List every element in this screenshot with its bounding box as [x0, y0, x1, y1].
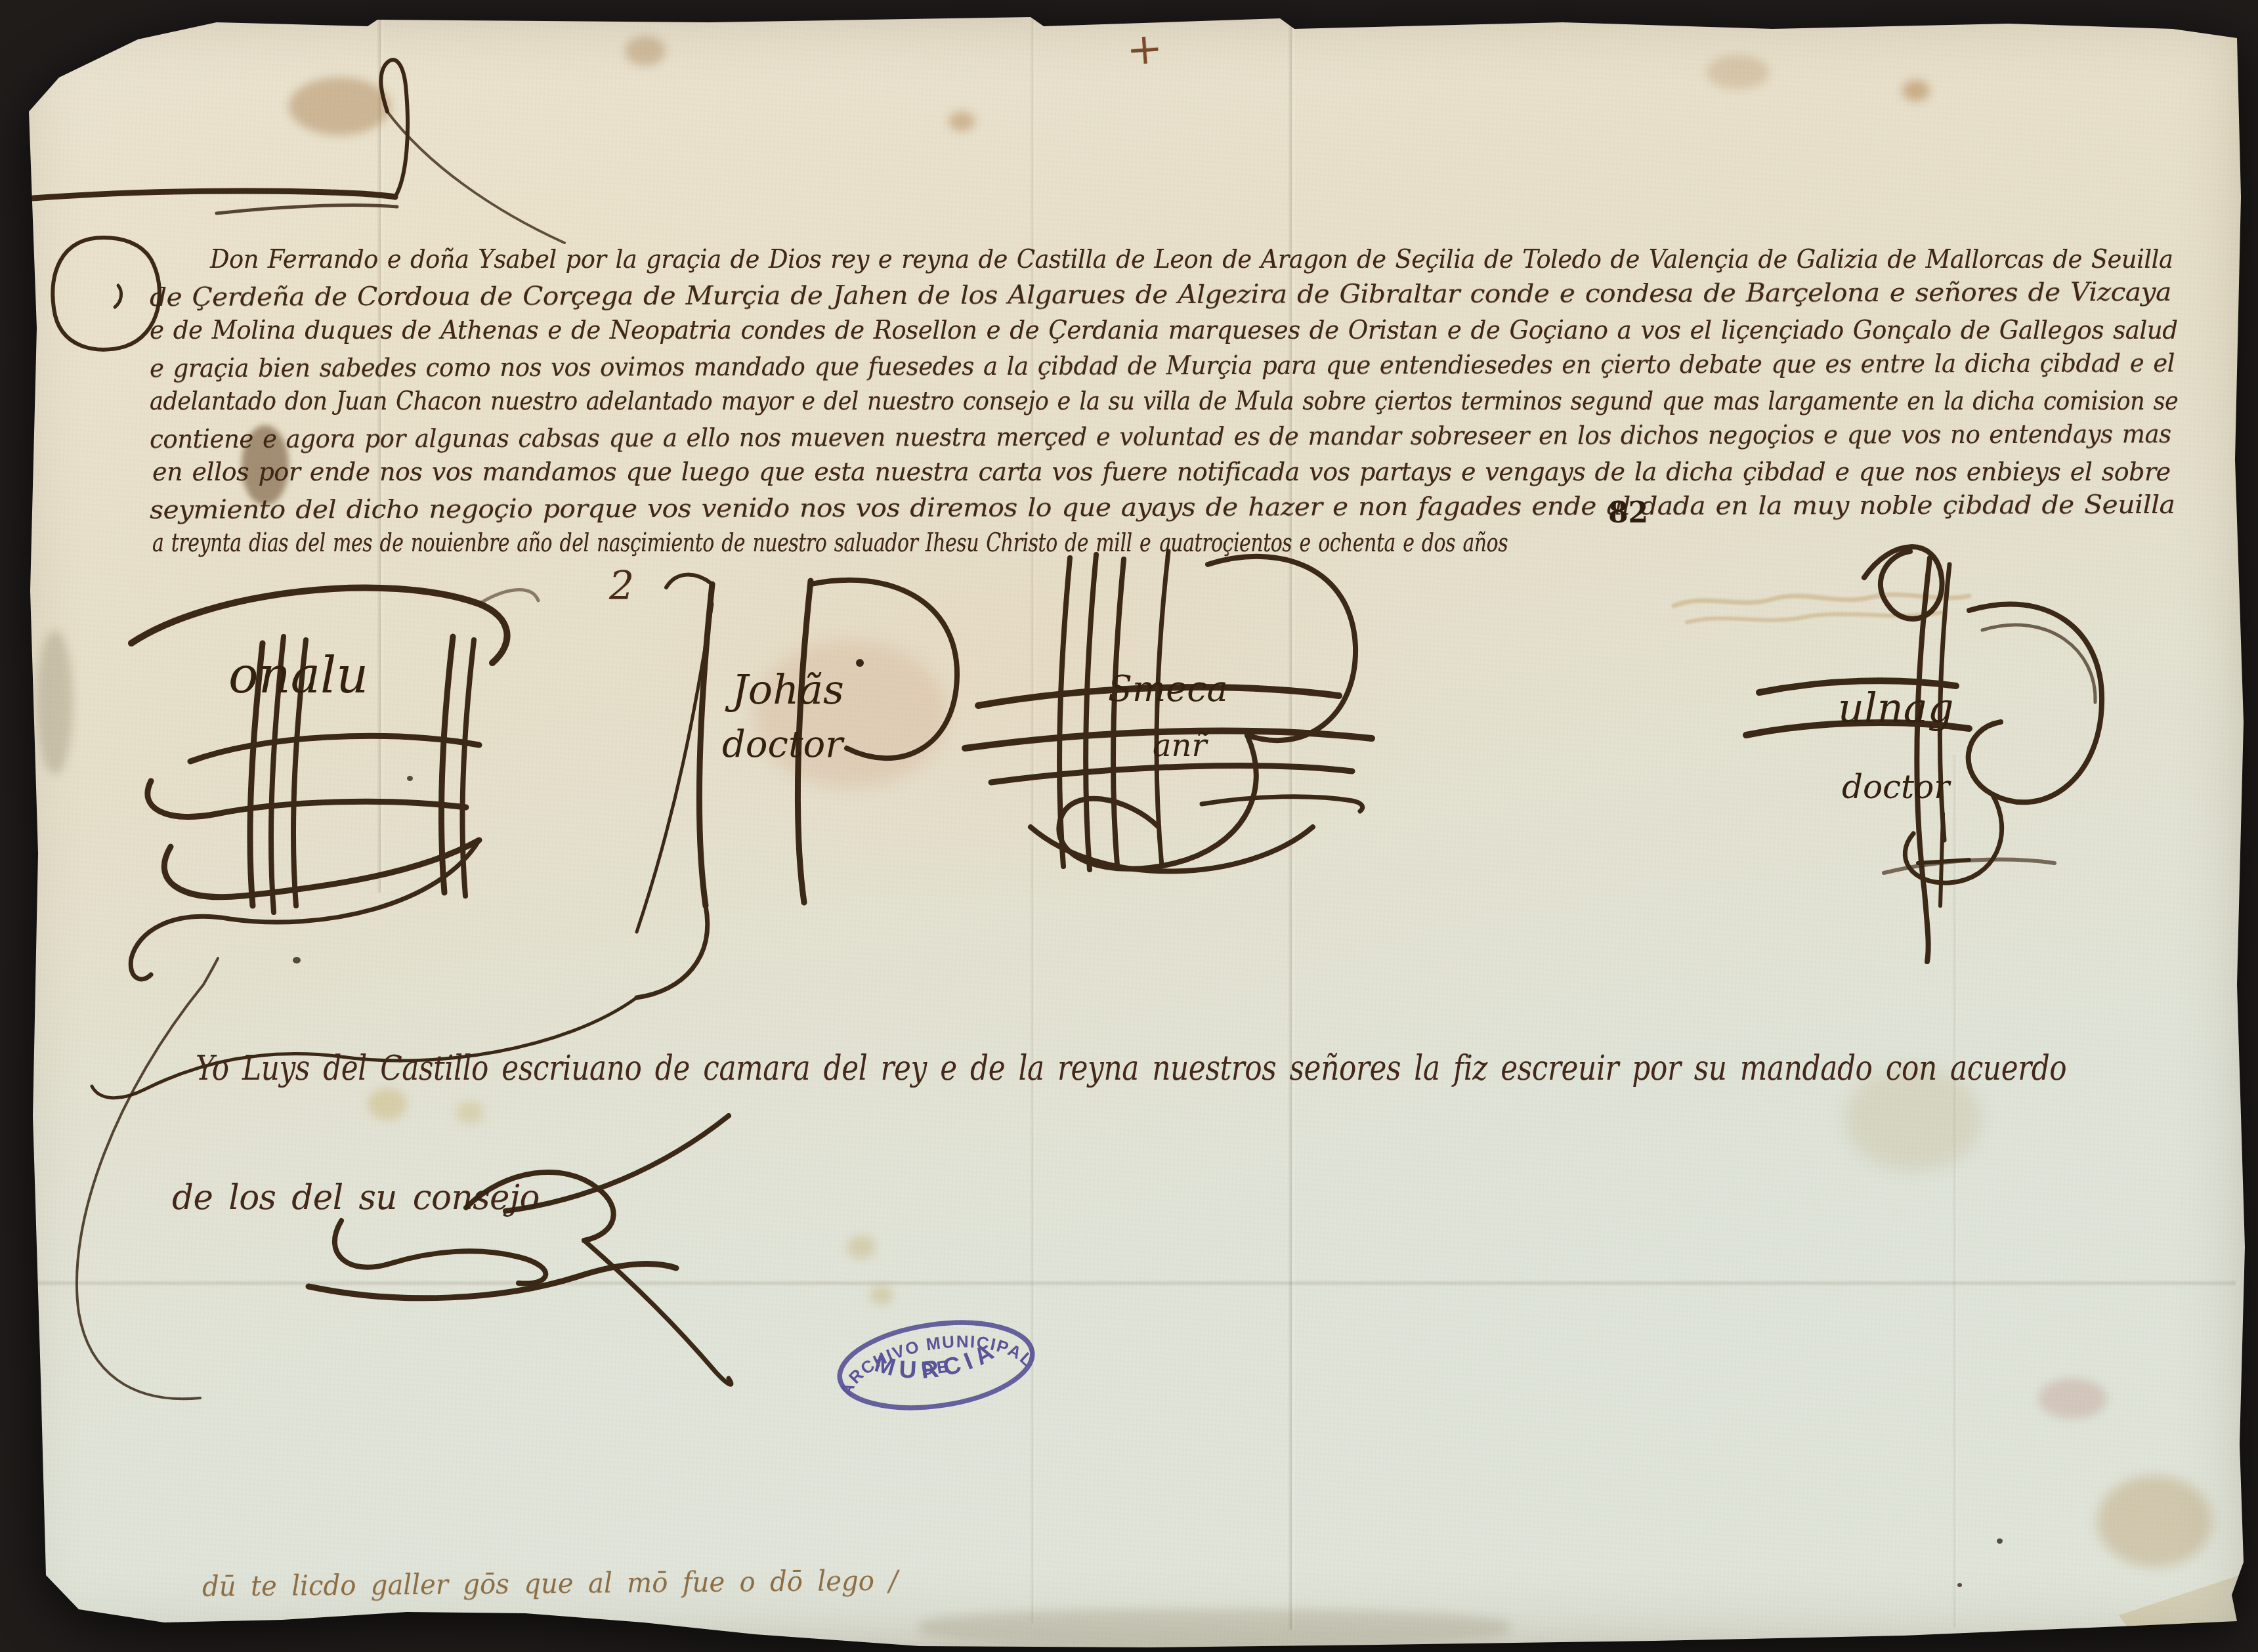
ink-speck: [1997, 1538, 2003, 1544]
line-text: de Çerdeña de Cordoua de Corçega de Murç…: [150, 277, 2171, 312]
stain: [1707, 55, 1769, 89]
scribe-attestation-line-1: Yo Luys del Castillo escriuano de camara…: [196, 1049, 2258, 1088]
line-text: en ellos por ende nos vos mandamos que l…: [152, 457, 2171, 487]
manuscript-line-1: Don Ferrando e doña Ysabel por la graçia…: [210, 244, 2258, 274]
stain: [919, 1609, 1510, 1646]
manuscript-line-6: contiene e agora por algunas cabsas que …: [150, 419, 2258, 455]
manuscript-line-5: adelantado don Juan Chacon nuestro adela…: [150, 386, 2258, 416]
manuscript-line-4: e graçia bien sabedes como nos vos ovimo…: [150, 348, 2258, 384]
faded-archival-note: dū te licdo galler gōs que al mō fue o d…: [202, 1564, 929, 1603]
line-text: seymiento del dicho negoçio porque vos v…: [150, 490, 2175, 525]
signature-4-text-line1: ulnag: [1838, 684, 1953, 732]
signature-3-text-line2: anr̃: [1153, 727, 1206, 764]
corner-fold-mark: [2119, 1574, 2244, 1629]
manuscript-line-8: seymiento del dicho negoçio porque vos v…: [150, 490, 2136, 525]
line-text: contiene e agora por algunas cabsas que …: [150, 419, 2171, 454]
invocation-cross: +: [1124, 22, 1164, 75]
line-text: Yo Luys del Castillo escriuano de camara…: [196, 1049, 2066, 1088]
stain: [2097, 1475, 2212, 1567]
manuscript-line-3: e de Molina duques de Athenas e de Neopa…: [150, 315, 2258, 345]
signature-2-text-line2: doctor: [722, 723, 843, 766]
ink-speck: [1957, 1583, 1962, 1587]
line-text: dū te licdo galler gōs que al mō fue o d…: [202, 1565, 898, 1603]
line-text: adelantado don Juan Chacon nuestro adela…: [150, 386, 2178, 416]
manuscript-line-7: en ellos por ende nos vos mandamos que l…: [152, 457, 2258, 487]
signature-rubric-3: [945, 538, 1392, 906]
line-text: Don Ferrando e doña Ysabel por la graçia…: [210, 244, 2173, 274]
manuscript-sheet: + Don Ferrando e doña Ysabel por la graç…: [0, 0, 2258, 1652]
photo-background: + Don Ferrando e doña Ysabel por la graç…: [0, 0, 2258, 1652]
stain: [625, 36, 666, 66]
stain: [2038, 1378, 2107, 1419]
manuscript-line-2: de Çerdeña de Cordoua de Corçega de Murç…: [150, 277, 2140, 312]
line-text: e de Molina duques de Athenas e de Neopa…: [150, 315, 2178, 345]
line-text: e graçia bien sabedes como nos vos ovimo…: [150, 348, 2175, 383]
stain: [1902, 80, 1930, 101]
paper-shadow-wrap: + Don Ferrando e doña Ysabel por la graç…: [0, 0, 2258, 1652]
signature-2-text-line1: Johãs: [732, 666, 844, 713]
archive-stamp: ARCHIVO MUNICIPAL DE MURCIA: [811, 1296, 1061, 1437]
signature-4-text-line2: doctor: [1842, 768, 1949, 806]
signature-3-text-line1: Smeca: [1108, 668, 1228, 710]
archive-number-82: 82: [1608, 496, 1648, 530]
signature-rubric-4: [1733, 525, 2140, 985]
stain: [948, 112, 975, 131]
attestation-rubric-flourish: [269, 1090, 860, 1398]
